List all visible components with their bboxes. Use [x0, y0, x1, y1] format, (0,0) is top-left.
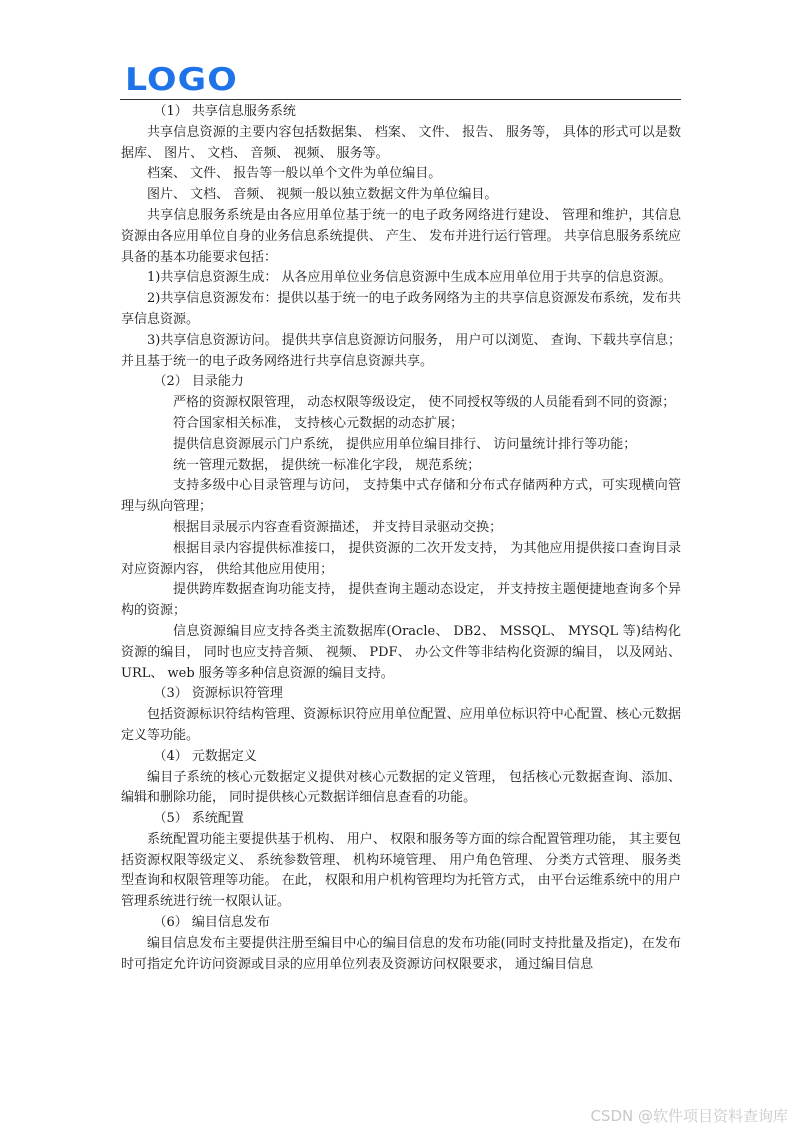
- paragraph: 图片、 文档、 音频、 视频一般以独立数据文件为单位编目。: [121, 185, 681, 206]
- paragraph: 编目信息发布主要提供注册至编目中心的编目信息的发布功能(同时支持批量及指定)，在…: [121, 934, 681, 976]
- paragraph: 严格的资源权限管理， 动态权限等级设定， 使不同授权等级的人员能看到不同的资源；: [121, 393, 681, 414]
- paragraph: 提供信息资源展示门户系统， 提供应用单位编目排行、 访问量统计排行等功能；: [121, 435, 681, 456]
- paragraph: 根据目录内容提供标准接口， 提供资源的二次开发支持， 为其他应用提供接口查询目录…: [121, 539, 681, 581]
- paragraph: 根据目录展示内容查看资源描述， 并支持目录驱动交换；: [121, 518, 681, 539]
- section-heading: （6） 编目信息发布: [121, 913, 681, 934]
- section-heading: （2） 目录能力: [121, 372, 681, 393]
- logo: LOGO: [125, 64, 238, 96]
- section-heading: （5） 系统配置: [121, 809, 681, 830]
- header-rule: [120, 99, 681, 100]
- document-body: （1） 共享信息服务系统 共享信息资源的主要内容包括数据集、 档案、 文件、 报…: [121, 102, 681, 975]
- paragraph: 系统配置功能主要提供基于机构、 用户、 权限和服务等方面的综合配置管理功能， 其…: [121, 830, 681, 913]
- section-heading: （1） 共享信息服务系统: [121, 102, 681, 123]
- section-heading: （4） 元数据定义: [121, 747, 681, 768]
- paragraph: 统一管理元数据， 提供统一标准化字段， 规范系统；: [121, 456, 681, 477]
- section-heading: （3） 资源标识符管理: [121, 684, 681, 705]
- list-item: 2)共享信息资源发布：提供以基于统一的电子政务网络为主的共享信息资源发布系统，发…: [121, 289, 681, 331]
- paragraph: 档案、 文件、 报告等一般以单个文件为单位编目。: [121, 164, 681, 185]
- watermark: CSDN @软件项目资料查询库: [590, 1105, 788, 1126]
- paragraph: 编目子系统的核心元数据定义提供对核心元数据的定义管理， 包括核心元数据查询、添加…: [121, 768, 681, 810]
- list-item: 3)共享信息资源访问。 提供共享信息资源访问服务， 用户可以浏览、 查询、下载共…: [121, 331, 681, 373]
- paragraph: 提供跨库数据查询功能支持， 提供查询主题动态设定， 并支持按主题便捷地查询多个异…: [121, 580, 681, 622]
- paragraph: 共享信息服务系统是由各应用单位基于统一的电子政务网络进行建设、 管理和维护，其信…: [121, 206, 681, 268]
- list-item: 1)共享信息资源生成： 从各应用单位业务信息资源中生成本应用单位用于共享的信息资…: [121, 268, 681, 289]
- paragraph: 信息资源编目应支持各类主流数据库(Oracle、 DB2、 MSSQL、 MYS…: [121, 622, 681, 684]
- paragraph: 符合国家相关标准， 支持核心元数据的动态扩展；: [121, 414, 681, 435]
- paragraph: 包括资源标识符结构管理、资源标识符应用单位配置、应用单位标识符中心配置、核心元数…: [121, 705, 681, 747]
- paragraph: 支持多级中心目录管理与访问， 支持集中式存储和分布式存储两种方式，可实现横向管理…: [121, 476, 681, 518]
- paragraph: 共享信息资源的主要内容包括数据集、 档案、 文件、 报告、 服务等， 具体的形式…: [121, 123, 681, 165]
